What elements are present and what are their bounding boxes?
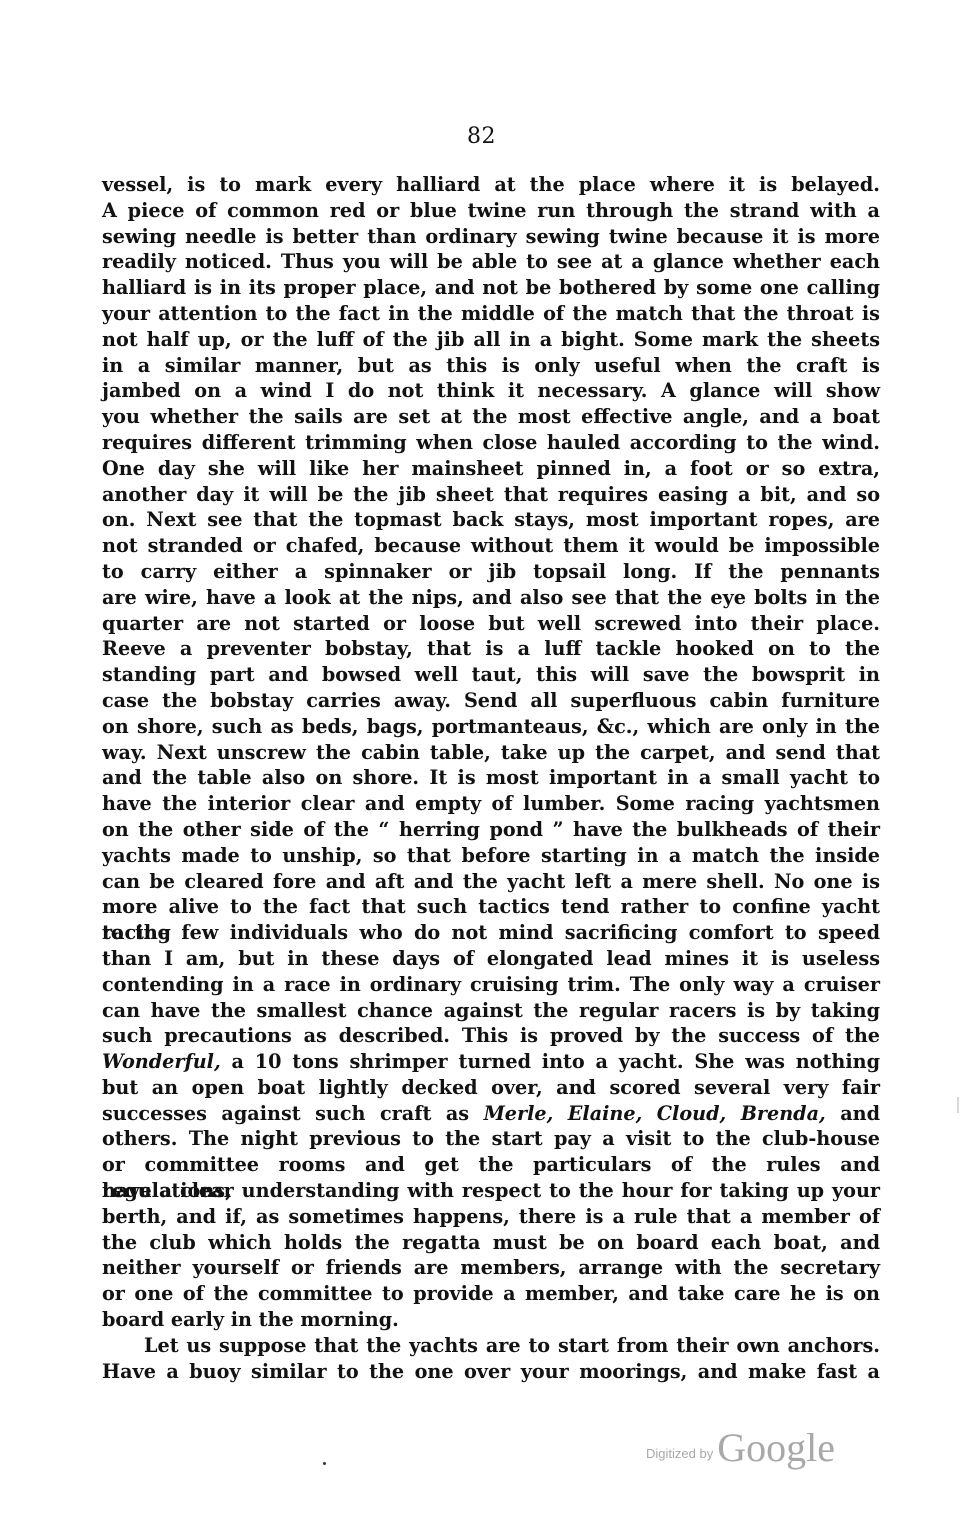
text-line-yacht-names: successes against such craft as Merle, E… [102, 1101, 880, 1127]
text-fragment: successes against such craft as [102, 1102, 484, 1125]
text-line: the club which holds the regatta must be… [102, 1230, 880, 1256]
text-line: your attention to the fact in the middle… [102, 301, 880, 327]
text-line: Reeve a preventer bobstay, that is a luf… [102, 636, 880, 662]
text-line: quarter are not started or loose but wel… [102, 611, 880, 637]
text-line: are wire, have a look at the nips, and a… [102, 585, 880, 611]
text-line: to the few individuals who do not mind s… [102, 920, 880, 946]
text-line: requires different trimming when close h… [102, 430, 880, 456]
text-line: A piece of common red or blue twine run … [102, 198, 880, 224]
text-line: not half up, or the luff of the jib all … [102, 327, 880, 353]
digitized-by-google-watermark: Digitized by Google [646, 1424, 835, 1471]
text-line: vessel, is to mark every halliard at the… [102, 172, 880, 198]
text-line: and the table also on shore. It is most … [102, 765, 880, 791]
text-line: another day it will be the jib sheet tha… [102, 482, 880, 508]
paragraph-start-line: Let us suppose that the yachts are to st… [102, 1333, 880, 1359]
text-line: in a similar manner, but as this is only… [102, 353, 880, 379]
text-line: way. Next unscrew the cabin table, take … [102, 740, 880, 766]
text-line-wonderful: Wonderful, a 10 tons shrimper turned int… [102, 1049, 880, 1075]
text-fragment: a 10 tons shrimper turned into a yacht. … [221, 1050, 880, 1073]
ship-name-wonderful: Wonderful, [102, 1050, 221, 1073]
page-body-text: vessel, is to mark every halliard at the… [102, 172, 880, 1384]
text-line: board early in the morning. [102, 1307, 880, 1333]
text-fragment: and [826, 1102, 880, 1125]
text-line: yachts made to unship, so that before st… [102, 843, 880, 869]
text-line: can have the smallest chance against the… [102, 998, 880, 1024]
scan-edge-mark [957, 1097, 959, 1113]
scan-speck [323, 1462, 326, 1465]
text-line: have the interior clear and empty of lum… [102, 791, 880, 817]
text-line: standing part and bowsed well taut, this… [102, 662, 880, 688]
google-logo-text: Google [717, 1425, 835, 1470]
text-line: on. Next see that the topmast back stays… [102, 507, 880, 533]
text-line: such precautions as described. This is p… [102, 1023, 880, 1049]
watermark-prefix: Digitized by [646, 1446, 713, 1461]
ship-name-brenda: Brenda, [741, 1102, 826, 1125]
text-line: you whether the sails are set at the mos… [102, 404, 880, 430]
text-line: more alive to the fact that such tactics… [102, 894, 880, 920]
text-line: or committee rooms and get the particula… [102, 1152, 880, 1178]
text-line: on the other side of the “ herring pond … [102, 817, 880, 843]
text-line: halliard is in its proper place, and not… [102, 275, 880, 301]
text-line: can be cleared fore and aft and the yach… [102, 869, 880, 895]
text-line: One day she will like her mainsheet pinn… [102, 456, 880, 482]
text-line: but an open boat lightly decked over, an… [102, 1075, 880, 1101]
text-line: than I am, but in these days of elongate… [102, 946, 880, 972]
text-line: readily noticed. Thus you will be able t… [102, 249, 880, 275]
text-line: jambed on a wind I do not think it neces… [102, 378, 880, 404]
text-line: berth, and if, as sometimes happens, the… [102, 1204, 880, 1230]
text-line: or one of the committee to provide a mem… [102, 1281, 880, 1307]
ship-name-merle: Merle, [484, 1102, 554, 1125]
text-line: not stranded or chafed, because without … [102, 533, 880, 559]
text-line: to carry either a spinnaker or jib topsa… [102, 559, 880, 585]
text-line: sewing needle is better than ordinary se… [102, 224, 880, 250]
text-line: on shore, such as beds, bags, portmantea… [102, 714, 880, 740]
ship-name-elaine: Elaine, [568, 1102, 642, 1125]
text-line: have a clear understanding with respect … [102, 1178, 880, 1204]
text-line: case the bobstay carries away. Send all … [102, 688, 880, 714]
text-line: others. The night previous to the start … [102, 1126, 880, 1152]
text-line: Have a buoy similar to the one over your… [102, 1359, 880, 1385]
text-line: neither yourself or friends are members,… [102, 1255, 880, 1281]
page-number: 82 [0, 124, 963, 149]
text-line: contending in a race in ordinary cruisin… [102, 972, 880, 998]
ship-name-cloud: Cloud, [657, 1102, 726, 1125]
